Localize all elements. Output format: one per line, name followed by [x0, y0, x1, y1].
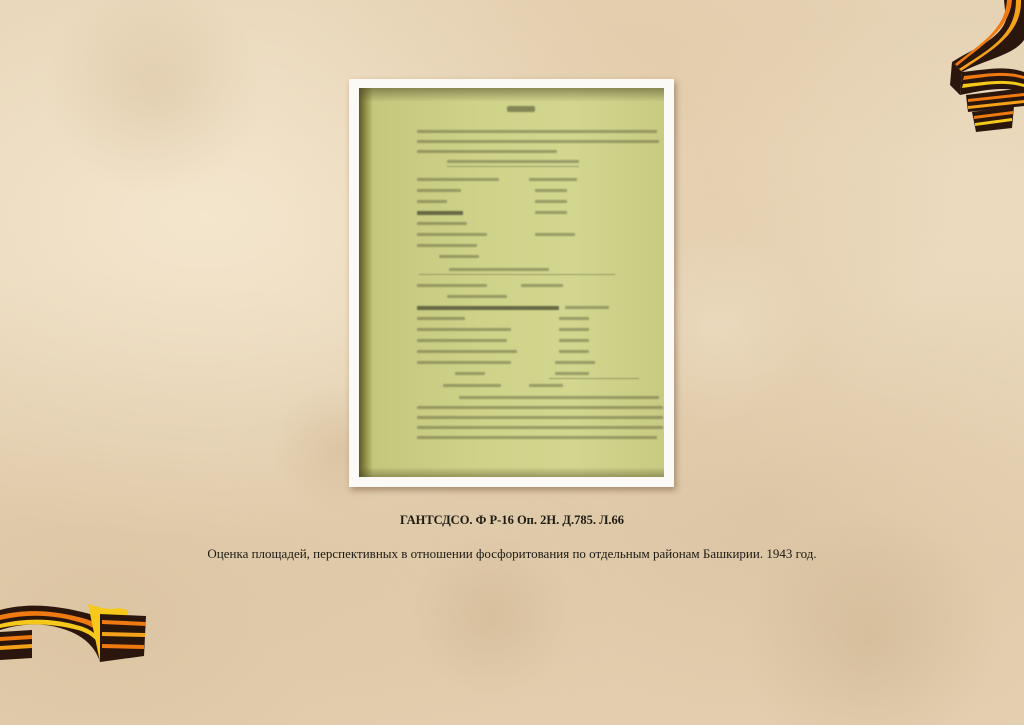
typed-line: [529, 178, 577, 181]
rule: [549, 378, 639, 379]
typed-line: [417, 306, 559, 310]
typed-line: [417, 244, 477, 247]
typed-line: [449, 268, 549, 271]
typed-line: [529, 384, 563, 387]
typed-line: [417, 211, 463, 215]
archival-document-image: [359, 88, 664, 477]
typed-line: [417, 436, 657, 439]
typed-line: [555, 372, 589, 375]
typed-line: [535, 200, 567, 203]
underline: [447, 166, 579, 167]
typed-line: [555, 361, 595, 364]
typed-line: [417, 339, 507, 342]
page-number-mark: [507, 106, 535, 112]
typed-line: [417, 416, 663, 419]
typed-line: [535, 189, 567, 192]
typed-line: [417, 361, 511, 364]
typed-line: [447, 160, 579, 163]
typed-line: [559, 350, 589, 353]
typed-line: [417, 200, 447, 203]
typed-line: [417, 350, 517, 353]
typed-line: [417, 406, 663, 409]
archive-reference: ГАНТСДСО. Ф Р-16 Оп. 2Н. Д.785. Л.66: [0, 513, 1024, 528]
typed-line: [417, 140, 659, 143]
typed-line: [447, 295, 507, 298]
typed-line: [417, 426, 663, 429]
photo-frame: [349, 79, 674, 487]
typed-line: [417, 328, 511, 331]
typed-line: [535, 233, 575, 236]
typed-line: [417, 233, 487, 236]
typed-line: [455, 372, 485, 375]
st-george-ribbon-icon: [944, 0, 1024, 132]
typed-line: [565, 306, 609, 309]
typed-line: [417, 189, 461, 192]
typed-line: [417, 130, 657, 133]
typed-line: [417, 222, 467, 225]
typed-line: [559, 328, 589, 331]
typed-line: [521, 284, 563, 287]
typed-line: [559, 339, 589, 342]
typed-line: [439, 255, 479, 258]
typed-line: [417, 178, 499, 181]
typed-line: [443, 384, 501, 387]
typed-line: [417, 150, 557, 153]
document-description: Оценка площадей, перспективных в отношен…: [0, 546, 1024, 562]
typed-line: [417, 317, 465, 320]
rule: [419, 274, 615, 275]
typed-line: [535, 211, 567, 214]
typed-line: [459, 396, 659, 399]
st-george-ribbon-icon: [0, 600, 150, 672]
typed-line: [417, 284, 487, 287]
typed-line: [559, 317, 589, 320]
